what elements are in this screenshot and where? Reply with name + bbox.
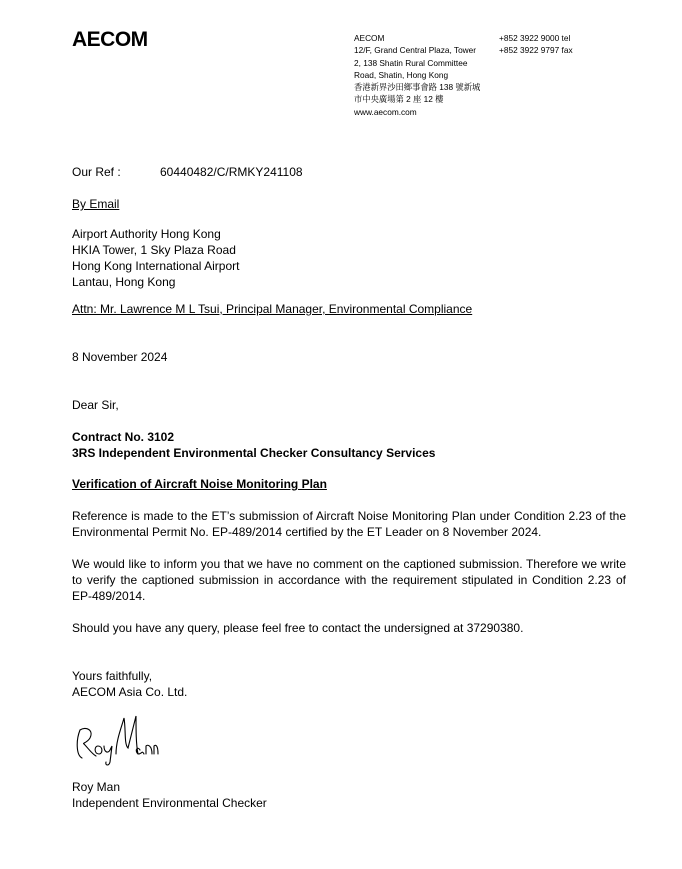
recipient-line: Lantau, Hong Kong [72,274,239,290]
website-link[interactable]: www.aecom.com [354,106,480,118]
attention-line: Attn: Mr. Lawrence M L Tsui, Principal M… [72,301,472,317]
address-line: 市中央廣場第 2 座 12 樓 [354,93,480,105]
body-paragraph: Should you have any query, please feel f… [72,620,626,636]
reference-value: 60440482/C/RMKY241108 [160,164,303,180]
subject-line: Verification of Aircraft Noise Monitorin… [72,476,327,492]
body-paragraph: Reference is made to the ET’s submission… [72,508,626,540]
recipient-address: Airport Authority Hong Kong HKIA Tower, … [72,226,239,290]
address-line: 香港新界沙田鄉事會路 138 號新城 [354,81,480,93]
recipient-line: Hong Kong International Airport [72,258,239,274]
letter-date: 8 November 2024 [72,349,167,365]
closing: Yours faithfully, AECOM Asia Co. Ltd. [72,668,187,700]
address-line: 12/F, Grand Central Plaza, Tower [354,44,480,56]
signature-icon [72,710,172,770]
address-line: Road, Shatin, Hong Kong [354,69,480,81]
contract-heading: Contract No. 3102 3RS Independent Enviro… [72,429,435,461]
company-contact: +852 3922 9000 tel +852 3922 9797 fax [499,32,573,57]
company-name: AECOM Asia Co. Ltd. [72,684,187,700]
recipient-line: Airport Authority Hong Kong [72,226,239,242]
reference-label: Our Ref : [72,164,121,180]
aecom-logo: AECOM [72,28,148,52]
closing-line: Yours faithfully, [72,668,187,684]
recipient-line: HKIA Tower, 1 Sky Plaza Road [72,242,239,258]
signer-name: Roy Man [72,779,267,795]
fax-number: +852 3922 9797 fax [499,44,573,56]
tel-number: +852 3922 9000 tel [499,32,573,44]
salutation: Dear Sir, [72,397,119,413]
body-paragraph: We would like to inform you that we have… [72,556,626,604]
delivery-method: By Email [72,196,119,212]
address-line: AECOM [354,32,480,44]
signer-title: Independent Environmental Checker [72,795,267,811]
company-address: AECOM 12/F, Grand Central Plaza, Tower 2… [354,32,480,118]
address-line: 2, 138 Shatin Rural Committee [354,57,480,69]
contract-title: 3RS Independent Environmental Checker Co… [72,445,435,461]
signer-block: Roy Man Independent Environmental Checke… [72,779,267,811]
signature-image [72,710,172,770]
contract-number: Contract No. 3102 [72,429,435,445]
